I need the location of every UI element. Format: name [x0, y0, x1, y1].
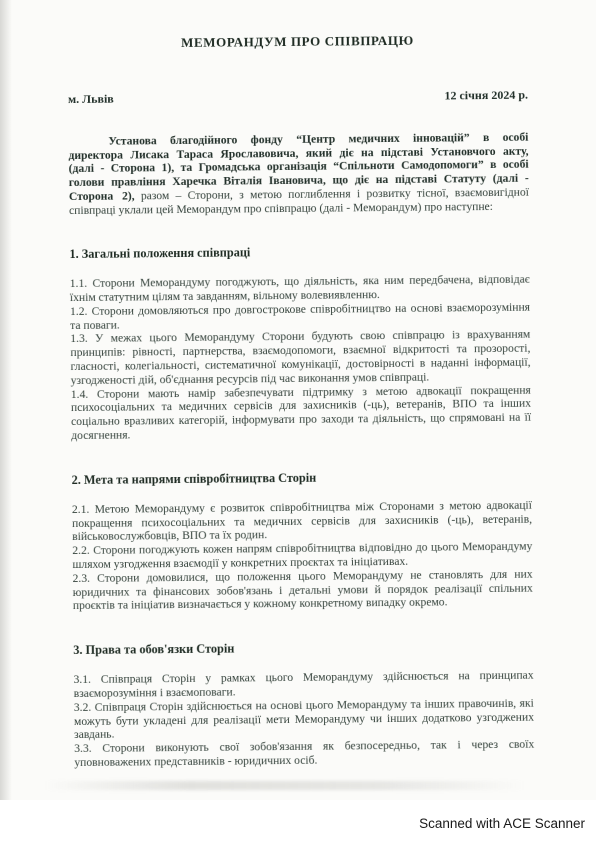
section-1-heading: 1. Загальні положення співпраці [69, 243, 529, 262]
date-label: 12 січня 2024 р. [444, 88, 528, 104]
paragraph-1-1: 1.1. Сторони Меморандуму погоджують, що … [70, 273, 530, 305]
paragraph-1-2: 1.2. Сторони домовляються про довгострок… [70, 300, 530, 332]
paragraph-3-2: 3.2. Співпраця Сторін здійснюється на ос… [74, 696, 534, 742]
paragraph-2-2: 2.2. Сторони погоджують кожен напрям спі… [72, 540, 532, 572]
scanned-document-page: МЕМОРАНДУМ ПРО СПІВПРАЦЮ м. Львів 12 січ… [0, 0, 596, 842]
paragraph-1-3: 1.3. У межах цього Меморандуму Сторони б… [70, 328, 531, 388]
paragraph-2-3: 2.3. Сторони домовилися, що положення ць… [73, 567, 533, 613]
intro-paragraph: Установа благодійного фонду “Центр медич… [68, 131, 529, 218]
section-3-heading: 3. Права та обов'язки Сторін [73, 639, 533, 658]
place-label: м. Львів [68, 92, 114, 107]
scanner-watermark-label: Scanned with ACE Scanner [419, 816, 585, 831]
paragraph-2-1: 2.1. Метою Меморандуму є розвиток співро… [72, 498, 532, 544]
document-title: МЕМОРАНДУМ ПРО СПІВПРАЦЮ [67, 32, 527, 52]
section-2-heading: 2. Мета та напрями співробітництва Сторі… [72, 468, 532, 487]
place-date-row: м. Львів 12 січня 2024 р. [68, 88, 528, 107]
paragraph-3-3: 3.3. Сторони виконують свої зобов'язання… [74, 738, 534, 770]
scan-artifact-band [45, 781, 525, 790]
paragraph-1-4: 1.4. Сторони мають намір забезпечувати п… [71, 383, 532, 443]
paragraph-3-1: 3.1. Співпраця Сторін у рамках цього Мем… [74, 669, 534, 701]
intro-regular-text: разом – Сторони, з метою поглиблення і р… [69, 185, 529, 216]
document-body: МЕМОРАНДУМ ПРО СПІВПРАЦЮ м. Львів 12 січ… [0, 0, 596, 770]
